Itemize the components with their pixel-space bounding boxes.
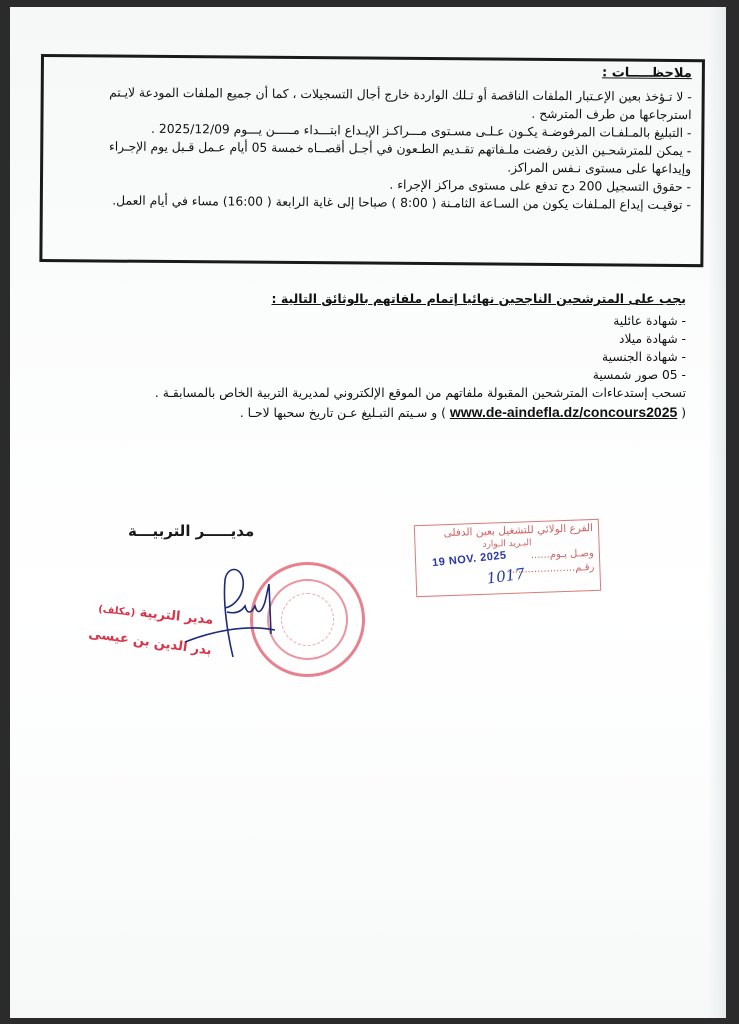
document-page: ملاحظـــــات : - لا تـؤخذ بعين الإعـتبار… [10, 7, 726, 1018]
received-number: 1017 [486, 565, 526, 588]
website-link[interactable]: www.de-aindefla.dz/concours2025 [450, 404, 677, 420]
signature-icon [175, 562, 285, 672]
paren-close: ) [441, 406, 446, 420]
url-suffix-text: و سـيتم التبـليغ عـن تاريخ سحبها لاحـا . [240, 406, 437, 420]
director-title: مديـــــر التربيـــة [128, 522, 254, 540]
requirement-item: - شهادة ميلاد [46, 330, 686, 348]
requirement-item: - 05 صور شمسية [46, 366, 686, 384]
paren-open: ( [681, 406, 686, 420]
requirement-item: - شهادة الجنسية [46, 348, 686, 366]
note-line: - توقيـت إيداع المـلفات يكون من السـاعة … [53, 191, 691, 214]
convocation-text: تسحب إستدعاءات المترشحين المقبولة ملفاته… [46, 384, 686, 402]
page-edge-shadow [708, 7, 726, 1018]
requirement-item: - شهادة عائلية [46, 312, 686, 330]
received-stamp: الفرع الولائي للتشغيل بعين الدفلى البـري… [414, 519, 601, 597]
notes-box: ملاحظـــــات : - لا تـؤخذ بعين الإعـتبار… [39, 54, 705, 267]
stamp-role-note: (مكلف) [98, 604, 136, 619]
requirements-section: يجب على المترشحين الناجحين نهائيا إتمام … [46, 289, 686, 423]
notes-title: ملاحظـــــات : [602, 65, 692, 81]
requirements-title: يجب على المترشحين الناجحين نهائيا إتمام … [46, 289, 686, 309]
url-line: ( www.de-aindefla.dz/concours2025 ) و سـ… [46, 402, 686, 423]
